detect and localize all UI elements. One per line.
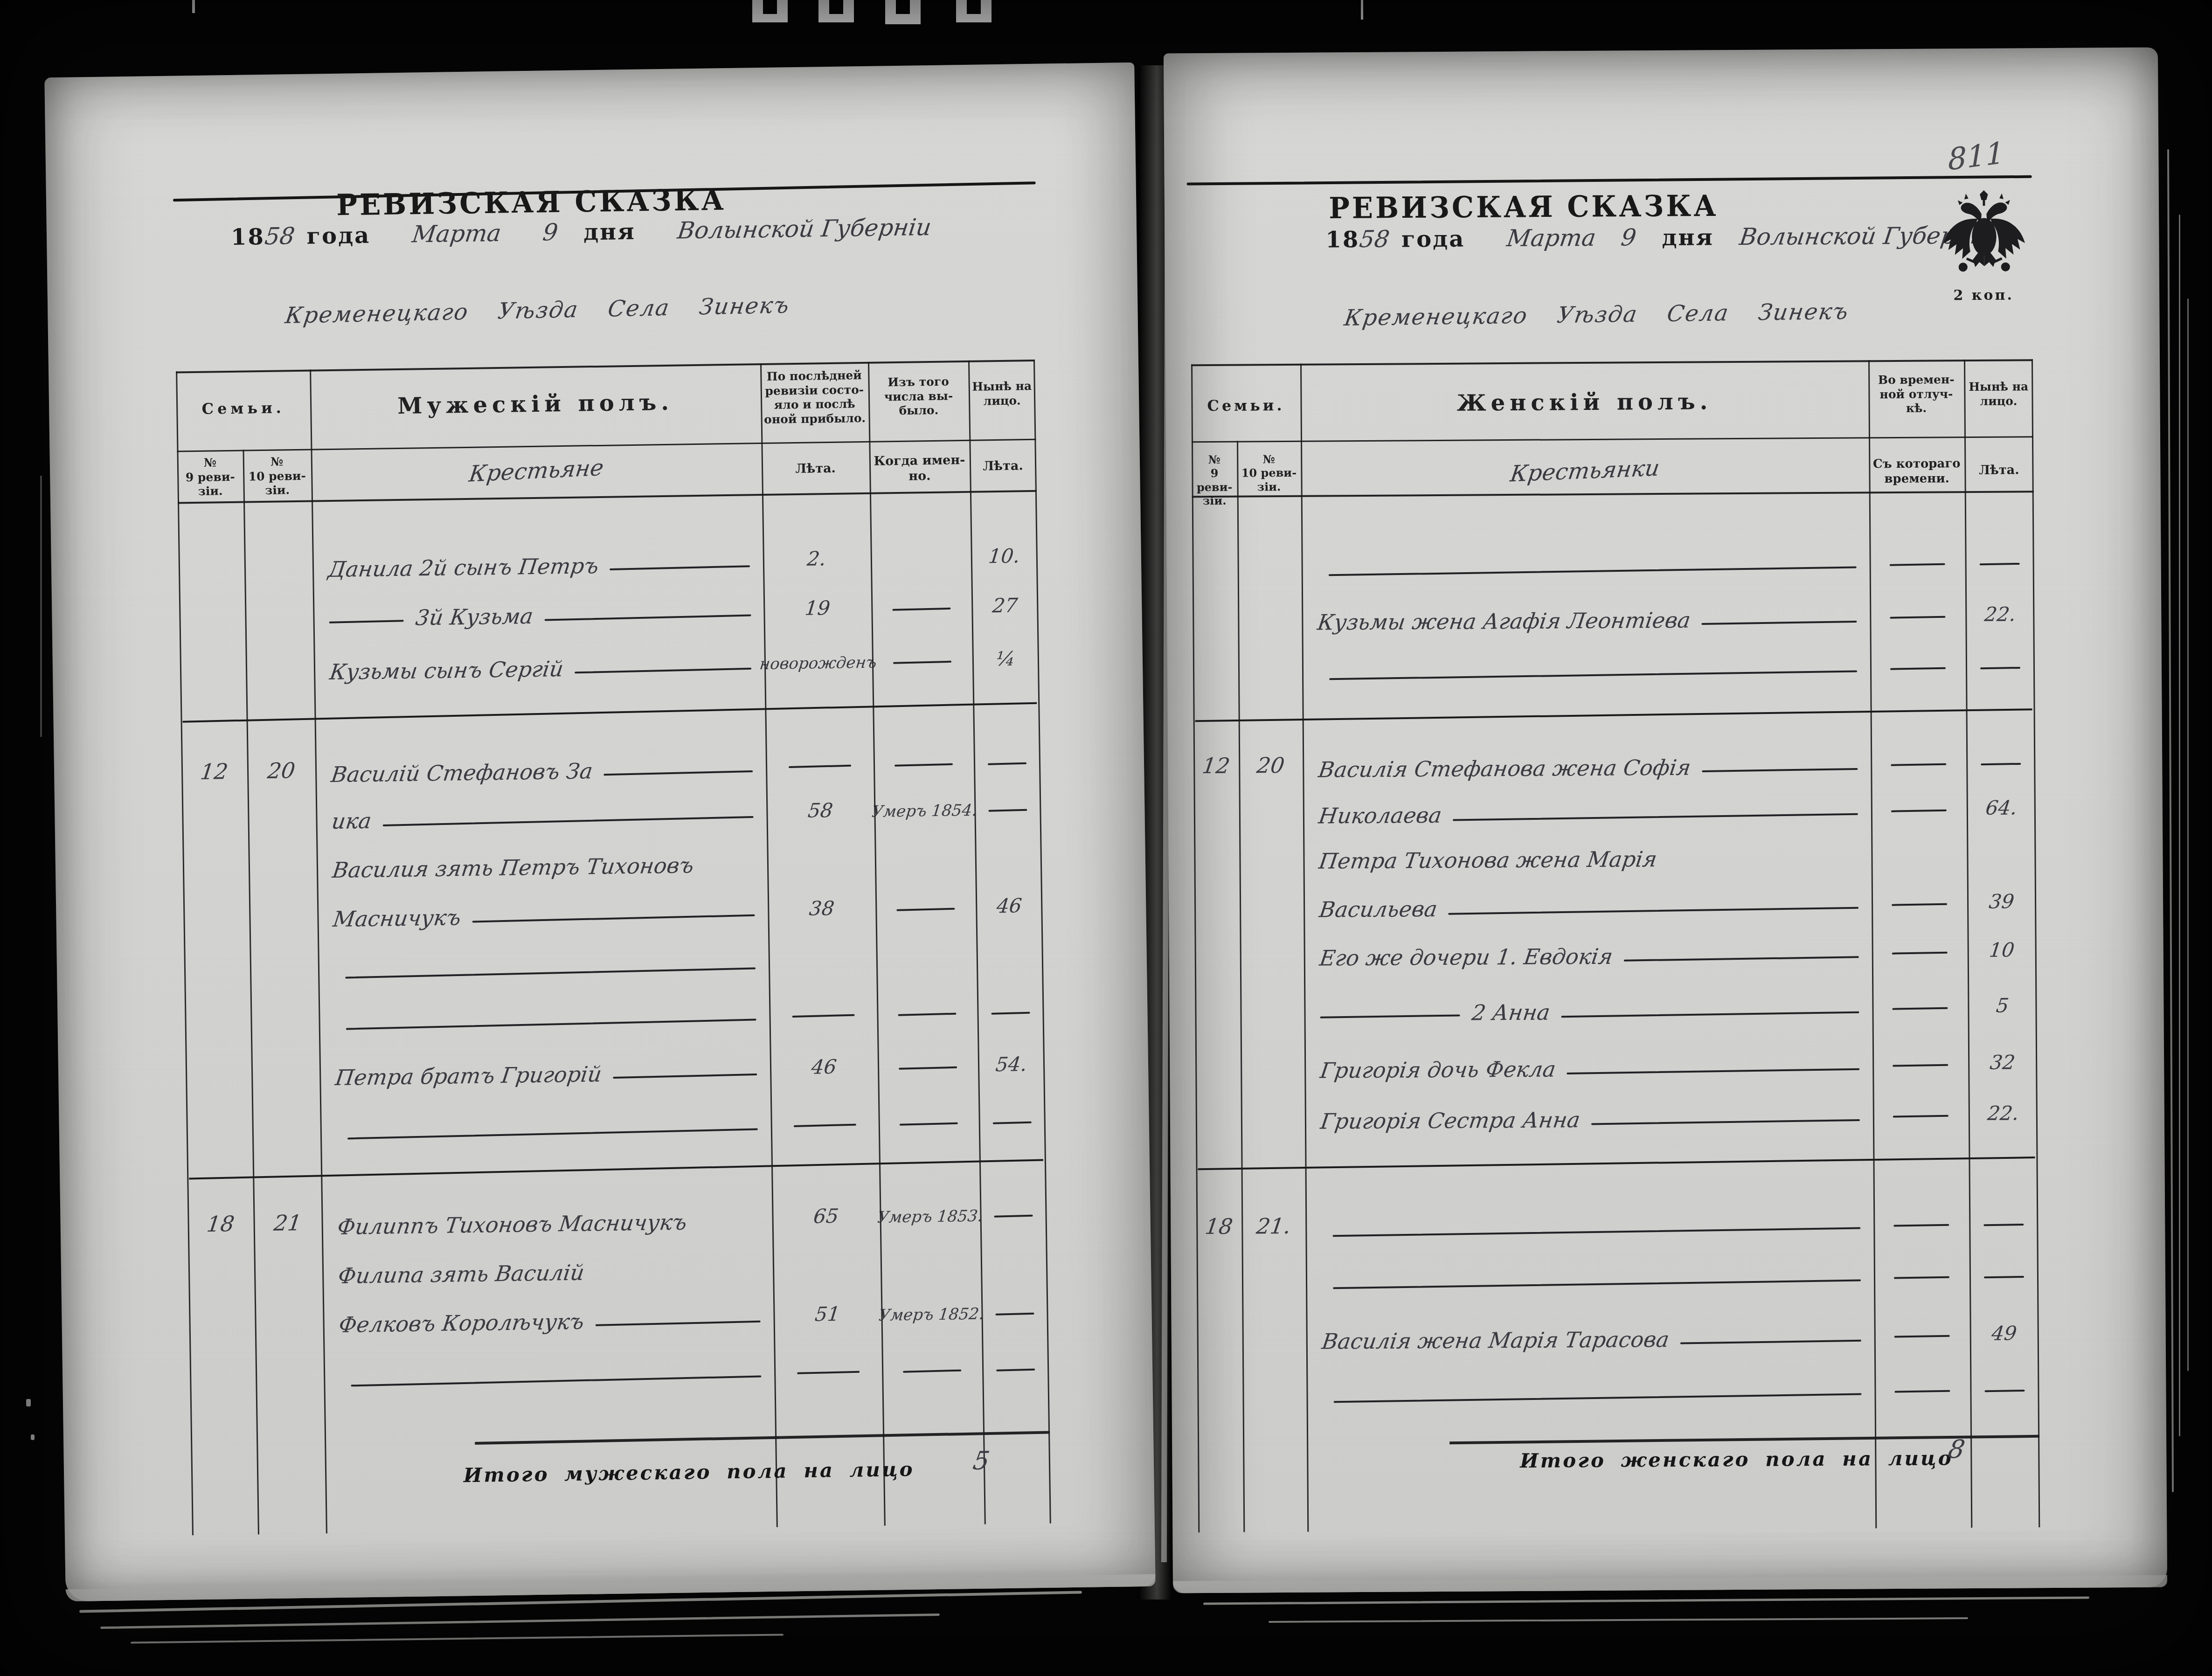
value-cell: ¼ [972,649,1040,680]
person-name-cell: Кузьмы жена Агафія Леонтіева [1302,608,1870,639]
family-number-9 [1193,578,1238,588]
value-cell [766,765,874,786]
hand-dash-line [893,661,951,664]
family-number-10: 21. [1241,1213,1305,1248]
hand-day: 9 [1620,224,1638,251]
printed-goda: года [1401,226,1465,253]
hand-dash-line [1980,563,2020,565]
value-cell [872,661,973,682]
family-number-9 [184,928,250,939]
family-number-10 [248,829,316,839]
family-number-10 [1243,1405,1307,1414]
header-family: Семьи. [176,399,311,419]
value-cell [773,1274,881,1287]
stamp-denomination: 2 коп. [1930,287,2037,304]
family-number-10: 21 [253,1210,322,1245]
family-number-10-value: 20 [1255,753,1286,778]
value-cell [1872,863,1967,875]
film-edge-scratch [40,476,42,737]
value-text: 19 [804,598,831,618]
family-number-9 [1197,1291,1242,1301]
family-number-9 [182,831,248,841]
value-cell [977,1012,1044,1032]
page-bottom-edge [1173,1575,2167,1593]
person-name-cell: Василія жена Марія Тарасова [1306,1327,1874,1358]
hand-dash-line [345,968,756,979]
hand-dash-line [900,1122,958,1126]
value-cell [981,1272,1047,1284]
value-cell [1870,563,1965,583]
family-number-10 [252,1086,320,1096]
family-number-10 [252,1142,320,1152]
value-cell: 46 [770,1057,878,1089]
page-title: РЕВИЗСКАЯ СКАЗКА [1243,188,1804,226]
hand-dash-line [1892,903,1947,906]
film-frame-mark [956,0,992,22]
value-cell [1969,1276,2039,1296]
value-text: 5 [1995,996,2010,1015]
value-cell: 27 [971,596,1039,627]
value-text: 54. [995,1054,1028,1074]
table-row: Василія жена Марія Тарасова49 [1197,1295,2039,1359]
hand-dash-line [1893,1064,1948,1067]
value-cell [877,1013,978,1034]
person-name-cell: Григорія дочь Фекла [1304,1056,1872,1087]
family-number-9 [184,982,250,992]
sheet-stack-edge [1203,1596,2089,1605]
person-name-cell: Петра Тихонова жена Марія [1303,847,1871,878]
value-cell: 49 [1970,1323,2039,1355]
value-text: 2. [806,549,827,569]
hand-dash-line [1894,1276,1949,1279]
hand-dash-line [347,1128,758,1139]
hand-dash-line [346,1019,756,1030]
value-cell [982,1369,1049,1389]
imperial-eagle-stamp-icon [1935,188,2033,289]
family-number-9 [189,1285,255,1295]
value-text: 46 [996,896,1023,916]
person-name-cell: Васильева [1304,895,1872,927]
value-text: 64. [1984,798,2018,817]
printed-goda: года [306,222,370,249]
family-number-9-value: 12 [199,759,229,784]
family-number-9 [1195,1022,1241,1032]
person-name: Его же дочери 1. Евдокія [1318,946,1614,969]
value-text: Умеръ 1852. [878,1306,985,1323]
film-speck [26,1399,31,1406]
hand-dash-line [897,908,955,911]
film-frame-mark [752,0,788,22]
family-number-9 [185,1033,251,1043]
printed-year-prefix: 18 [231,224,265,250]
value-cell [1872,952,1968,972]
hand-dash-line [1984,1276,2024,1278]
family-number-10: 20 [247,758,316,793]
hand-dash-line [1891,810,1947,812]
hand-dash-line [1591,1119,1860,1125]
value-text: 27 [992,596,1019,616]
header-rev10: № 10 реви- зіи. [243,455,312,499]
person-name-cell: Николаева [1303,802,1871,833]
hand-dash-line [895,763,953,767]
hand-dash-line [1453,813,1858,821]
hand-dash-line [1890,563,1945,566]
family-number-9 [187,1143,252,1153]
table-row: Его же дочери 1. Евдокія10 [1194,922,2037,976]
family-number-10 [1241,1079,1304,1088]
value-text: 65 [812,1206,839,1226]
film-scan: РЕВИЗСКАЯ СКАЗКА 1858 года Марта 9 дня В… [0,0,2212,1676]
family-number-10: 20 [1239,753,1303,788]
value-cell [974,762,1041,783]
family-number-9 [1194,870,1240,880]
value-cell [876,970,977,983]
family-number-10 [1242,1350,1306,1359]
value-cell: Умеръ 1854. [874,803,975,831]
family-divider [1193,686,2035,719]
header-present: Нынѣ на лицо. [969,379,1036,409]
value-cell: 19 [763,598,872,630]
hand-dash-line [903,1370,961,1373]
person-name: Николаева [1317,804,1443,827]
value-cell: 51 [773,1304,881,1336]
family-number-10-value: 21. [1255,1213,1292,1239]
family-number-10 [1241,1022,1304,1032]
header-departed: Изъ того числа вы- было. [868,374,969,418]
family-number-10 [246,680,314,691]
hand-dash-line [1980,667,2020,669]
hand-dash-line [351,1375,761,1386]
hand-dash-line [604,770,753,776]
value-cell: 32 [1968,1053,2037,1084]
family-number-10 [1240,869,1304,879]
table-row: 1821. [1196,1162,2039,1248]
person-name: Масничукъ [332,907,462,930]
value-text: 58 [807,801,834,821]
value-cell [1969,1224,2038,1244]
value-cell [1871,810,1967,830]
table-row [1192,491,2034,588]
hand-dash-line [1983,1224,2024,1226]
family-number-9 [1193,682,1238,692]
value-cell: 2. [763,548,871,581]
person-name: Васильева [1318,898,1439,921]
value-cell: Умеръ 1852. [881,1306,982,1335]
value-cell [1874,1390,1970,1410]
family-number-10 [249,878,317,888]
hand-dash-line [789,765,851,768]
family-number-10 [250,981,318,991]
hand-dash-line [1890,667,1946,670]
hand-dash-line [1890,616,1945,619]
hand-dash-line [1702,621,1857,625]
date-line: 1858 года Марта 9 дня Волынской Губерніи [1325,222,1993,253]
hand-dash-line [1320,1014,1460,1018]
person-name: Василій Стефановъ За [330,760,594,785]
value-cell [875,867,975,880]
family-number-9 [190,1390,256,1400]
printed-dnya: дня [583,219,636,246]
sheet-stack-edge [131,1634,784,1643]
header-sex: Женскій полъ. [1300,387,1868,418]
page-top-rule [1187,175,2032,186]
person-name-cell: Василія Стефанова жена Софія [1303,755,1871,787]
hand-dash-line [595,1321,760,1326]
table-row [1193,635,2035,692]
family-number-9 [1194,824,1239,834]
value-text: новорожденъ [759,655,877,672]
family-number-9 [1194,918,1240,928]
person-name: Филипа зять Василій [337,1262,585,1287]
family-number-9-value: 18 [205,1211,236,1237]
film-speck [31,1434,35,1440]
family-divider [1196,1134,2038,1167]
value-cell [767,869,875,881]
hand-dash-line [899,1067,957,1070]
family-number-10 [1240,918,1304,928]
person-name: Василія жена Марія Тарасова [1321,1329,1671,1352]
header-class-hand: Крестьянки [1297,446,1872,496]
value-text: ¼ [995,649,1016,669]
value-cell [875,908,976,929]
family-number-9-value: 12 [1201,753,1232,778]
hand-dash-line [1332,1227,1860,1237]
value-text: 22. [1983,604,2017,624]
table-row: Николаева64. [1194,783,2036,834]
value-cell: Умеръ 1853. [880,1208,980,1237]
right-page-content: 811 РЕВИЗСКАЯ СКАЗКА 1858 года Марта 9 д… [1164,48,2167,1593]
table-row: Петра Тихонова жена Марія [1194,829,2036,879]
person-name: Кузьмы жена Агафія Леонтіева [1316,609,1692,633]
person-name-cell: Григорія Сестра Анна [1305,1107,1873,1138]
film-tick-mark [192,0,195,13]
value-cell [1870,667,1966,687]
hand-dash-line [988,762,1026,765]
value-text: 10 [1989,940,2016,960]
value-cell: 65 [772,1206,880,1238]
family-number-9 [186,1087,252,1097]
value-cell: 22. [1969,1103,2038,1135]
value-cell: 10 [1968,940,2037,971]
table-row: Кузьмы жена Агафія Леонтіева22. [1193,582,2035,640]
hand-dash-line [1893,1115,1949,1118]
person-name-cell: 2 Анна [1304,999,1872,1031]
hand-dash-line [613,1073,757,1079]
hand-dash-line [1895,1390,1950,1393]
hand-dash-line [329,620,404,623]
value-cell [1970,1390,2039,1410]
header-class-hand: Крестьяне [308,447,764,495]
value-text: 49 [1991,1323,2018,1343]
family-number-10 [244,578,312,588]
sheet-stack-edge [2187,298,2189,1371]
header-last-revision: По послѣдней ревизіи состо- яло и послѣ … [760,368,869,427]
table-row [1197,1354,2039,1414]
value-cell [1966,763,2035,783]
family-number-9: 12 [1193,753,1239,788]
person-name: 2 Анна [1470,1002,1551,1024]
hand-dash-line [1702,768,1858,772]
value-text: 46 [811,1057,838,1077]
value-cell [878,1067,978,1087]
hand-dash-line [792,1014,854,1018]
hand-dash-line [1561,1011,1859,1018]
header-present-sub: Лѣта. [1964,463,2033,478]
hand-dash-line [1329,567,1857,576]
left-page: РЕВИЗСКАЯ СКАЗКА 1858 года Марта 9 дня В… [44,62,1155,1601]
value-cell [874,763,974,784]
value-text: 39 [1988,892,2015,911]
hand-dash-line [382,816,753,826]
value-cell [770,1014,878,1035]
hand-year: 58 [1358,226,1391,253]
family-number-10 [1238,578,1302,588]
value-cell [1872,1064,1968,1084]
hand-dash-line [893,608,951,611]
male-table: Семьи. Мужескій полъ. По послѣдней ревиз… [176,360,1051,1535]
hand-dash-line [544,615,750,621]
hand-region: Волынской Губерніи [676,214,933,244]
value-text: 10. [988,546,1021,566]
person-name: ика [331,810,373,832]
value-cell [977,969,1043,981]
family-number-9 [179,579,244,589]
family-number-9 [1197,1350,1242,1360]
family-number-10 [251,1032,319,1042]
value-text: Умеръ 1854. [871,803,978,820]
value-cell [1873,1224,1969,1244]
hand-dash-line [1624,956,1859,961]
person-name: Григорія Сестра Анна [1319,1109,1581,1132]
header-rule [1192,436,2033,443]
value-cell [980,1215,1047,1235]
sheet-stack-edge [2179,215,2180,1436]
person-name: Василія Стефанова жена Софія [1317,757,1692,781]
family-number-9: 18 [1196,1214,1241,1249]
family-number-9: 12 [181,759,248,794]
hand-dash-line [797,1371,860,1374]
table-row [1197,1243,2039,1301]
header-rev10: № 10 реви- зіи. [1237,452,1301,494]
table-top-rule [1191,359,2033,366]
hand-dash-line [1981,763,2021,765]
family-number-10 [254,1284,322,1294]
hand-dash-line [1329,671,1857,680]
person-name: Фелковъ Королѣчукъ [338,1311,585,1336]
person-name: Василия зять Петръ Тихоновъ [331,854,695,881]
value-cell [1966,667,2035,687]
header-family: Семьи. [1191,396,1300,415]
female-table: Семьи. Женскій полъ. Во времен- ной отлу… [1191,359,2040,1532]
value-text: 51 [814,1304,841,1324]
value-cell [881,1273,981,1286]
value-cell: 39 [1967,892,2036,923]
hand-dash-line [1567,1068,1860,1074]
hand-dash-line [994,1215,1033,1218]
family-number-9 [189,1334,255,1344]
male-table-body: Данила 2й сынъ Петръ2.10.3й Кузьма1927Ку… [178,490,1049,1400]
value-cell [769,971,876,984]
value-cell: 5 [1968,996,2037,1027]
family-number-9 [1196,1130,1241,1140]
hand-dash-line [992,1012,1030,1015]
value-cell [879,1122,979,1143]
family-number-10 [1242,1291,1306,1301]
hand-month: Марта [1505,224,1597,252]
hand-dash-line [793,1124,856,1127]
family-number-10 [1238,682,1302,692]
hand-dash-line [575,668,751,674]
table-row: 1220Василій Стефановъ За [181,707,1041,794]
table-row: 2 Анна5 [1195,971,2037,1032]
sheet-stack-edge [2167,149,2174,1492]
family-number-9 [183,880,249,890]
printed-year-prefix: 18 [1325,227,1359,253]
table-row: Данила 2й сынъ Петръ2.10. [178,490,1038,589]
person-name: 3й Кузьма [415,605,534,629]
hand-dash-line [1892,1007,1948,1010]
person-name: Данила 2й сынъ Петръ [327,555,600,580]
value-cell: 58 [766,800,874,832]
film-frame-mark [818,0,854,22]
film-tick-mark [1361,0,1363,20]
value-cell [981,1313,1048,1333]
family-number-10 [255,1333,323,1343]
family-number-9 [1193,631,1238,641]
family-number-10 [1239,824,1303,834]
right-page: 811 РЕВИЗСКАЯ СКАЗКА 1858 года Марта 9 д… [1164,48,2167,1593]
family-number-9 [1198,1405,1243,1415]
value-cell [1874,1335,1970,1355]
hand-dash-line [610,565,750,570]
value-cell [1874,1276,1969,1296]
family-number-9 [1195,967,1240,977]
hand-dash-line [1891,763,1946,766]
header-away: Во времен- ной отлуч- кѣ. [1868,373,1964,416]
header-sex: Мужескій полъ. [310,388,761,421]
person-name: Григорія дочь Фекла [1319,1058,1557,1081]
hand-dash-line [1449,907,1859,915]
value-cell: 64. [1967,798,2036,829]
hand-dash-line [996,1313,1034,1316]
family-number-9 [1195,1079,1241,1089]
hand-dash-line [1334,1393,1862,1403]
value-cell [774,1371,882,1392]
family-number-10 [1241,1129,1305,1139]
value-cell [1872,1007,1968,1027]
header-rule [177,439,1036,452]
hand-dash-line [1894,1335,1950,1338]
header-rev9: № 9 реви- зіи. [177,456,243,499]
hand-dash-line [996,1369,1035,1371]
value-cell [1967,863,2036,874]
family-number-10-value: 20 [266,758,296,783]
header-present-sub: Лѣта. [970,458,1036,475]
value-cell: 46 [976,896,1043,928]
sheet-stack-edge [1269,1617,1968,1623]
hand-dash-line [1892,952,1948,955]
family-number-10 [245,627,313,637]
table-row: Васильева39 [1194,874,2037,928]
value-cell [974,809,1041,830]
person-name-cell [1307,1395,1875,1413]
hand-dash-line [1893,1224,1949,1227]
table-top-rule [176,360,1035,374]
family-number-10 [256,1389,324,1399]
page-bottom-edge [66,1574,1156,1602]
value-cell: 54. [978,1054,1045,1086]
family-number-9 [180,628,245,638]
